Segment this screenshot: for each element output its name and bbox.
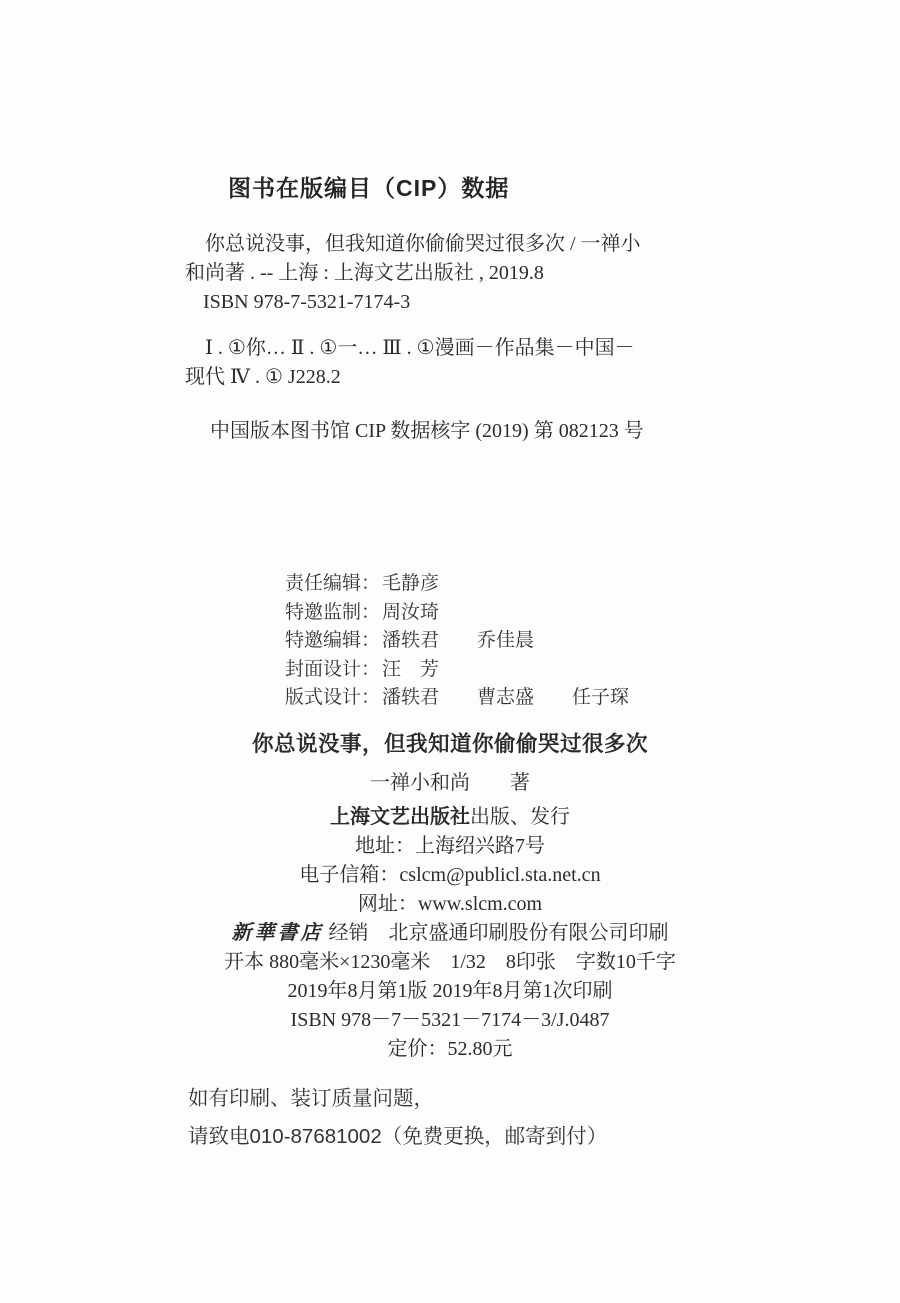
distributor-printer: 经销 北京盛通印刷股份有限公司印刷 (324, 922, 669, 944)
cip-classification-line1: Ⅰ . ①你… Ⅱ . ①一… Ⅲ . ①漫画－作品集－中国－ (185, 334, 745, 363)
credit-row-cover-design: 封面设计：汪 芳 (285, 656, 629, 685)
colophon-block: 你总说没事，但我知道你偷偷哭过很多次 一禅小和尚 著 上海文艺出版社出版、发行 … (0, 731, 900, 1064)
isbn-line: ISBN 978－7－5321－7174－3/J.0487 (0, 1006, 900, 1035)
credit-role-label: 特邀监制： (285, 602, 380, 623)
credit-role-label: 特邀编辑： (285, 630, 380, 651)
credit-row-guest-editor: 特邀编辑：潘轶君 乔佳晨 (285, 627, 629, 656)
cip-classification: Ⅰ . ①你… Ⅱ . ①一… Ⅲ . ①漫画－作品集－中国－ 现代 Ⅳ . ①… (185, 334, 745, 392)
credits-block: 责任编辑：毛静彦 特邀监制：周汝琦 特邀编辑：潘轶君 乔佳晨 封面设计：汪 芳 … (285, 570, 629, 713)
website-line: 网址：www.slcm.com (0, 890, 900, 919)
credit-names: 汪 芳 (382, 659, 439, 680)
credit-role-label: 版式设计： (285, 687, 380, 708)
quality-notice-line1: 如有印刷、装订质量问题， (188, 1080, 607, 1118)
xinhua-bookstore-logotype: 新華書店 (232, 922, 324, 944)
price-line: 定价：52.80元 (0, 1035, 900, 1064)
address-line: 地址：上海绍兴路7号 (0, 832, 900, 861)
credit-row-layout-design: 版式设计：潘轶君 曹志盛 任子琛 (285, 684, 629, 713)
quality-notice-line2: 请致电010-87681002（免费更换，邮寄到付） (188, 1118, 607, 1156)
cip-registry-number: 中国版本图书馆 CIP 数据核字 (2019) 第 082123 号 (210, 414, 644, 443)
author-line: 一禅小和尚 著 (0, 769, 900, 798)
quality-notice: 如有印刷、装订质量问题， 请致电010-87681002（免费更换，邮寄到付） (188, 1080, 607, 1156)
publisher-name: 上海文艺出版社 (330, 806, 470, 828)
cip-record-paragraph: 你总说没事，但我知道你偷偷哭过很多次 / 一禅小 和尚著 . -- 上海 : 上… (185, 230, 745, 317)
cip-record-line2: 和尚著 . -- 上海 : 上海文艺出版社 , 2019.8 (185, 259, 745, 288)
publisher-role: 出版、发行 (470, 806, 570, 828)
cip-classification-line2: 现代 Ⅳ . ① J228.2 (185, 363, 745, 392)
credit-names: 毛静彦 (382, 573, 439, 594)
cip-isbn: ISBN 978-7-5321-7174-3 (185, 288, 745, 317)
credit-row-supervisor: 特邀监制：周汝琦 (285, 599, 629, 628)
book-title: 你总说没事，但我知道你偷偷哭过很多次 (0, 731, 900, 757)
copyright-page: 图书在版编目（CIP）数据 你总说没事，但我知道你偷偷哭过很多次 / 一禅小 和… (0, 0, 900, 1303)
credit-row-editor: 责任编辑：毛静彦 (285, 570, 629, 599)
cip-heading: 图书在版编目（CIP）数据 (228, 170, 509, 203)
edition-line: 2019年8月第1版 2019年8月第1次印刷 (0, 977, 900, 1006)
credit-role-label: 责任编辑： (285, 573, 380, 594)
credit-names: 潘轶君 乔佳晨 (382, 630, 534, 651)
credit-names: 周汝琦 (382, 602, 439, 623)
credit-names: 潘轶君 曹志盛 任子琛 (382, 687, 629, 708)
cip-record-line1: 你总说没事，但我知道你偷偷哭过很多次 / 一禅小 (185, 230, 745, 259)
publisher-line: 上海文艺出版社出版、发行 (0, 803, 900, 832)
credit-role-label: 封面设计： (285, 659, 380, 680)
format-line: 开本 880毫米×1230毫米 1/32 8印张 字数10千字 (0, 948, 900, 977)
distributor-line: 新華書店 经销 北京盛通印刷股份有限公司印刷 (0, 919, 900, 948)
email-line: 电子信箱：cslcm@publicl.sta.net.cn (0, 861, 900, 890)
